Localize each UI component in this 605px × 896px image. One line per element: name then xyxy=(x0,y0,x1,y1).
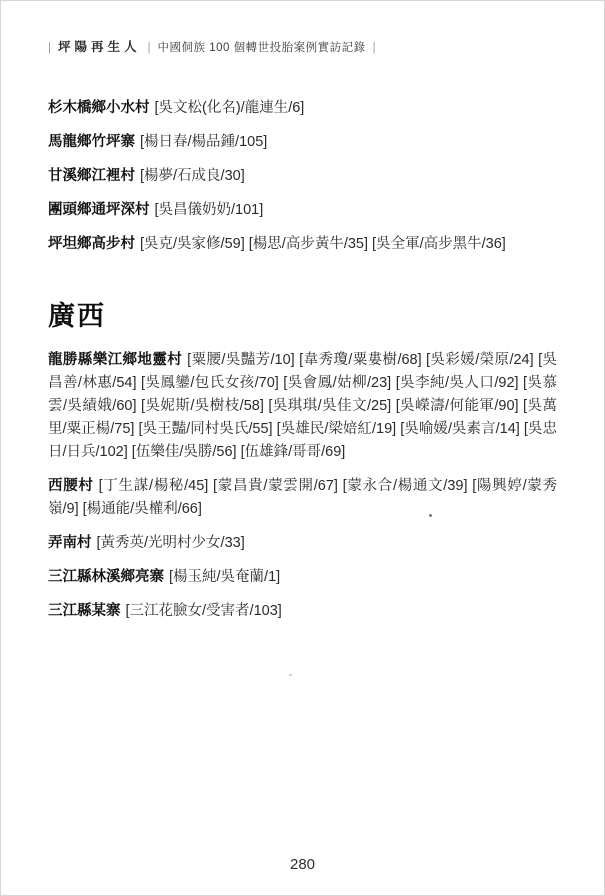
header-bar-left: | xyxy=(48,42,58,54)
scan-speck xyxy=(289,674,292,676)
case-list: [吳克/吳家修/59] [楊思/高步黃牛/35] [吳全軍/高步黑牛/36] xyxy=(140,236,506,252)
village-name: 甘溪鄉江裡村 xyxy=(48,168,135,184)
case-list: [吳文松(化名)/龍連生/6] xyxy=(155,100,305,116)
village-name: 西腰村 xyxy=(48,478,94,494)
case-list: [粟腰/吳豔芳/10] [韋秀瓊/粟婁樹/68] [吳彩媛/榮原/24] [吳昌… xyxy=(48,352,557,460)
book-subtitle: 中國侗族 100 個轉世投胎案例實訪記錄 xyxy=(158,42,366,54)
header-bar-right: | xyxy=(366,42,383,54)
entry-row: 甘溪鄉江裡村[楊夢/石成良/30] xyxy=(48,165,557,188)
entry-row: 團頭鄉通坪深村[吳昌儀奶奶/101] xyxy=(48,199,557,222)
entry-list-guangxi: 龍勝縣樂江鄉地靈村[粟腰/吳豔芳/10] [韋秀瓊/粟婁樹/68] [吳彩媛/榮… xyxy=(48,349,557,623)
entry-row: 馬龍鄉竹坪寨[楊日春/楊品鍾/105] xyxy=(48,131,557,154)
village-name: 馬龍鄉竹坪寨 xyxy=(48,134,135,150)
entry-row: 西腰村[丁生謀/楊秘/45] [蒙昌貴/蒙雲開/67] [蒙永合/楊通文/39]… xyxy=(48,475,557,521)
village-name: 三江縣某寨 xyxy=(48,603,121,619)
case-list: [吳昌儀奶奶/101] xyxy=(155,202,264,218)
section-heading-guangxi: 廣西 xyxy=(48,294,557,333)
entry-row: 龍勝縣樂江鄉地靈村[粟腰/吳豔芳/10] [韋秀瓊/粟婁樹/68] [吳彩媛/榮… xyxy=(48,349,557,464)
village-name: 弄南村 xyxy=(48,535,92,551)
case-list: [三江花臉女/受害者/103] xyxy=(126,603,282,619)
case-list: [楊玉純/吳奄蘭/1] xyxy=(169,569,280,585)
case-list: [丁生謀/楊秘/45] [蒙昌貴/蒙雲開/67] [蒙永合/楊通文/39] [陽… xyxy=(48,478,557,517)
case-list: [楊夢/石成良/30] xyxy=(140,168,245,184)
village-name: 三江縣林溪鄉亮寨 xyxy=(48,569,164,585)
entry-row: 三江縣某寨[三江花臉女/受害者/103] xyxy=(48,600,557,623)
book-page: { "header": { "bar": "|", "title": "坪陽再生… xyxy=(0,0,605,896)
village-name: 團頭鄉通坪深村 xyxy=(48,202,150,218)
entry-row: 杉木橋鄉小水村[吳文松(化名)/龍連生/6] xyxy=(48,97,557,120)
book-title: 坪陽再生人 xyxy=(58,40,141,54)
village-name: 杉木橋鄉小水村 xyxy=(48,100,150,116)
page-content: |坪陽再生人|中國侗族 100 個轉世投胎案例實訪記錄| 杉木橋鄉小水村[吳文松… xyxy=(1,1,604,623)
page-number: 280 xyxy=(1,856,604,873)
header-bar-middle: | xyxy=(141,42,158,54)
village-name: 龍勝縣樂江鄉地靈村 xyxy=(48,352,182,368)
case-list: [楊日春/楊品鍾/105] xyxy=(140,134,267,150)
running-header: |坪陽再生人|中國侗族 100 個轉世投胎案例實訪記錄| xyxy=(48,37,557,55)
scan-speck xyxy=(429,514,432,517)
entry-row: 三江縣林溪鄉亮寨[楊玉純/吳奄蘭/1] xyxy=(48,566,557,589)
village-name: 坪坦鄉高步村 xyxy=(48,236,135,252)
entry-list-top: 杉木橋鄉小水村[吳文松(化名)/龍連生/6] 馬龍鄉竹坪寨[楊日春/楊品鍾/10… xyxy=(48,97,557,256)
entry-row: 弄南村[黃秀英/光明村少女/33] xyxy=(48,532,557,555)
entry-row: 坪坦鄉高步村[吳克/吳家修/59] [楊思/高步黃牛/35] [吳全軍/高步黑牛… xyxy=(48,233,557,256)
case-list: [黃秀英/光明村少女/33] xyxy=(97,535,245,551)
